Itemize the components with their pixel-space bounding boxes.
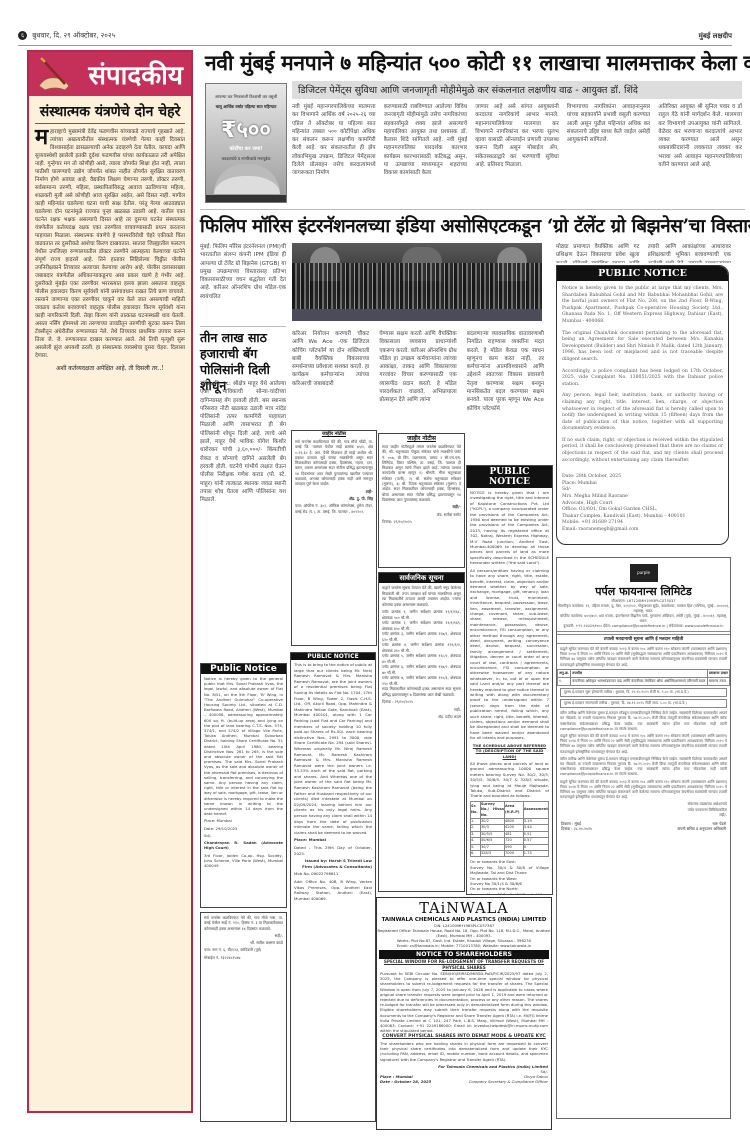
notice-title: जाहीर नोटीस: [379, 434, 464, 442]
table-cell: 328/3: [480, 851, 504, 857]
table-header: Sr. No.: [471, 801, 481, 818]
boundary-line: Survey No. 30/1 & 34/7 of Village Majiwa…: [470, 892, 549, 895]
second-left-text: मुंबई: फिलिप मॉरिस इंटरनॅशनल (PMI)ची भार…: [200, 243, 286, 323]
notice-text: सदर जाहीर नोटीसद्वारे तमाम जनतेस कळविण्य…: [382, 444, 461, 502]
signoff-company: संचालक मंडळाच्या आदेशान्वये पर्पल फायनान…: [557, 801, 730, 819]
third-text: नांदेड, दि. २८: श्रीक्षेत्र माहूर येथे आ…: [200, 380, 286, 623]
editorial-body: म हाराष्ट्राचे मुख्यमंत्री देवेंद्र फडणव…: [29, 124, 191, 364]
public-notice-ramavat: PUBLIC NOTICE This is to bring to the no…: [290, 652, 376, 1122]
poster-line4: करदात्यांचे व नागरिकांचे मनःपूर्वक: [206, 154, 286, 164]
lead-col-1: नवी मुंबई महानगरपालिकेच्या मालमत्ता कर व…: [292, 103, 376, 203]
notice-text: याद्वारे जनतेस सूचना देण्यात येते की, खा…: [382, 585, 461, 607]
notice-name: श्री. सतीश लक्ष्मण काळे: [204, 940, 283, 945]
notice-text-2: All persons/entities having or claiming …: [470, 568, 549, 741]
list-item: प्लॉट क्रमांक १, जमीन सर्वेक्षण क्रमांक …: [382, 609, 461, 620]
notice-date: दिनांक : २८.१०.२०२५: [561, 826, 592, 831]
convert-body: The shareholders who are holding shares …: [377, 1040, 551, 1063]
sarvajanik-suchana: सार्वजनिक सूचना याद्वारे जनतेस सूचना देण…: [378, 572, 465, 892]
notice-footer: ठिकाण : मुंबई दिनांक : २८.१०.२०२५ चारु प…: [557, 819, 730, 833]
notice-sd: Sd/-: [204, 833, 283, 838]
notice-body: Notice is hereby given to the public at …: [557, 281, 728, 474]
notice-body-4: वरील तारीख आणि वेळेनंतर दूरस्थ ई-मतदान म…: [557, 756, 730, 779]
notice-place: Place: Mumbai: [294, 837, 372, 843]
public-notice-kapstone: PUBLIC NOTICE NOTICE is hereby given tha…: [466, 465, 553, 895]
lead-col-2: करण्यासाठी राबविण्यात आलेल्या विविध जनजा…: [384, 103, 468, 203]
second-col-2: घेण्यास सक्षम करतो आणि वैयक्तिक विकासाला…: [379, 330, 456, 430]
notice-body-3: याद्वारे सूचित करण्यात येते की कंपनी काय…: [557, 733, 730, 756]
notice-body: सदर जाहीर नोटीसद्वारे तमाम जनतेस कळविण्य…: [379, 442, 464, 528]
second-story-body: करिअर नियोजन करणारी चौकट आणि We Ace -एक …: [292, 330, 544, 430]
property-list: प्लॉट क्रमांक १, जमीन सर्वेक्षण क्रमांक …: [382, 609, 461, 686]
tainwala-notice: TAiNWALA TAINWALA CHEMICALS AND PLASTICS…: [376, 897, 552, 1130]
notice-mobile: मोबाईल नं. ९३२२४८१५४७: [204, 955, 283, 960]
notice-date: Date : October 28, 2025: [380, 1079, 431, 1084]
notice-name: Mrs. Megha Milind Raorane: [562, 494, 723, 501]
group-photo: [292, 243, 542, 321]
company-name: पर्पल फायनान्स लिमिटेड: [557, 584, 730, 599]
contact-info: दूरध्वनी: +९१-२२६६२६१४०० ईमेल: complianc…: [557, 624, 730, 632]
poster-top-text: आपल्या कर भिजलाशी विश्वासी कर वसुली: [206, 92, 286, 102]
schedule-title: THE SCHEDULE ABOVE REFERRED TO (DESCRIPT…: [470, 743, 549, 759]
notice-body-5: याद्वारे सूचित करण्यात येते की कंपनी काय…: [557, 779, 730, 802]
notice-sd: सही/-: [204, 933, 283, 938]
masthead: ६ बुधवार, दि. २९ ऑक्टोबर, २०२५ मुंबई लक्…: [18, 30, 732, 46]
editorial-column: संपादकीय संस्थात्मक यंत्रणेचे दोन चेहरे …: [27, 50, 193, 1113]
page-number-badge: ६: [18, 31, 27, 40]
table-cell: 6.: [471, 851, 481, 857]
notice-footer: For Tainwala Chemicals and Plastics (Ind…: [377, 1063, 551, 1085]
notice-address: पत्ता: रूम नं. ६, बी/१२३, कांदिवली (पूर्…: [204, 947, 283, 952]
notice-body: सर्व जनतेस कळविण्यात येते की, गाव मौजे च…: [292, 437, 376, 518]
resolution-table: अनु.क्र.तपशीलठरावाचा प्रकार १.कंपनीच्या …: [557, 669, 730, 686]
survey-table: Sr. No.Survey No./ Hissa No.Area (H.R.P)…: [470, 801, 549, 858]
notice-para: Any person, legal heir, institution, ban…: [562, 393, 723, 433]
editorial-label: संपादकीय: [88, 56, 183, 92]
notice-body: NOTICE is hereby given that I am investi…: [467, 488, 552, 895]
section-divider: [200, 209, 745, 210]
table-cell: 7000: [504, 851, 523, 857]
editorial-closing-text: अशी कर्तव्यदक्षता अपेक्षित आहे. ती दिसली…: [56, 365, 164, 372]
notice-para: If no such claim, right, or objection is…: [562, 438, 723, 464]
boundary-line: Survey No. 30/4 & 30/8 of Village Majiwa…: [470, 865, 549, 876]
editorial-text: हाराष्ट्राचे मुख्यमंत्री देवेंद्र फडणवीस…: [35, 129, 185, 359]
signoff-sd: सही/-: [560, 813, 727, 818]
notice-address: 3rd Floor, Jaiden Co-op. Hsg. Society, J…: [204, 853, 283, 869]
section-title: टपाली मतदानाची सूचना आणि ई मतदान माहिती: [557, 634, 730, 644]
table-cell: १.: [558, 677, 571, 685]
notice-date: Date: 28th October, 2025: [562, 474, 723, 481]
issue-date: बुधवार, दि. २९ ऑक्टोबर, २०२५: [32, 32, 115, 40]
registered-office: Registered Office: Tainwala House, Road …: [377, 928, 551, 938]
lead-subheadline: डिजिटल पेमेंट्स सुविधा आणि जनजागृती मोही…: [292, 81, 742, 99]
second-col-4: मोठ्या प्रमाणात वैयक्तिक आणि गट प्रशिक्ष…: [556, 243, 640, 263]
notice-body: याद्वारे सूचित करण्यात येते की कंपनी काय…: [557, 646, 730, 669]
list-item: प्लॉट क्रमांक ४, जमीन सर्वेक्षण क्रमांक …: [382, 642, 461, 653]
section-name: मुंबई लक्षदीप: [699, 32, 732, 41]
notice-sd: सही-: [382, 707, 461, 713]
notice-text: Notice is hereby given to the general pu…: [204, 676, 283, 816]
notice-title: NOTICE TO SHAREHOLDERS: [379, 950, 549, 959]
schedule-body: All those pieces and parcels of land or …: [470, 761, 549, 799]
pen-in-hand-icon: [35, 56, 79, 92]
lead-col-4: विभागाच्या नागरिकांना आवाहनानुसार यांच्य…: [567, 103, 651, 203]
table-header: Survey No./ Hissa No.: [480, 801, 504, 818]
photo-floor: [292, 309, 542, 321]
notice-mobile: Mob No. 09022798611: [294, 871, 372, 877]
signatory-designation: कंपनी सचिव व अनुपालन अधिकारी: [677, 826, 726, 831]
table-cell: कंपनीच्या अधिकृत भागभांडवलात वाढ आणि कंप…: [571, 677, 708, 685]
notice-text: NOTICE is hereby given that I am investi…: [470, 490, 549, 566]
evoting-start: दूरस्थ ई-मतदान सुरू होण्याची तारीख : बुध…: [560, 688, 727, 697]
evoting-end: दूरस्थ ई-मतदान संपण्याची तारीख : गुरुवार…: [560, 699, 727, 708]
editorial-header: संपादकीय: [29, 52, 191, 96]
purple-finance-notice: purple पर्पल फायनान्स लिमिटेड सीआयएन: L6…: [556, 557, 731, 1119]
poster-amount: ₹५००: [206, 114, 286, 144]
table-row: 6.328/370001.75: [471, 851, 549, 857]
third-story-divider: [200, 326, 286, 327]
notice-date: Date: 29/10/2025: [204, 826, 283, 831]
poster-line2: चालू आर्थिक वर्षात पहिल्या सात महिन्यात: [206, 102, 286, 112]
convert-title: CONVERT PHYSICAL SHARES INTO DEMAT MODE …: [377, 1034, 551, 1040]
tainwala-logo: TAiNWALA: [377, 901, 551, 917]
notice-body: याद्वारे जनतेस सूचना देण्यात येते की, खा…: [379, 583, 464, 724]
jahir-notice-1: जाहीर नोटीस सर्व जनतेस कळविण्यात येते की…: [291, 430, 377, 646]
notice-title: Public Notice: [201, 664, 286, 674]
list-item: प्लॉट क्रमांक ६, जमीन सर्वेक्षण क्रमांक …: [382, 664, 461, 675]
notice-address: Add: Office No. 40B, B Wing, Vertex Vika…: [294, 879, 372, 901]
special-window-title: SPECIAL WINDOW FOR RE-LODGEMENT OF TRANS…: [377, 959, 551, 970]
editorial-closing: अशी कर्तव्यदक्षता अपेक्षित आहे. ती दिसली…: [29, 364, 191, 372]
notice-date: दिनांक: २९/१०/२०२५: [382, 519, 461, 524]
lead-story-body: नवी मुंबई महानगरपालिकेच्या मालमत्ता कर व…: [292, 103, 742, 203]
second-left-column: मुंबई: फिलिप मॉरिस इंटरनॅशनल (PMI)ची भार…: [200, 243, 286, 323]
masthead-left: ६ बुधवार, दि. २९ ऑक्टोबर, २०२५: [18, 31, 115, 41]
notice-sd: सही-: [295, 489, 373, 494]
second-col-1: करिअर नियोजन करणारी चौकट आणि We Ace -एक …: [292, 330, 369, 430]
table-header: Assessment: [523, 801, 548, 818]
lead-col-3: जाणार आहे असे सांगत आयुक्तांनी करदात्या …: [475, 103, 559, 203]
jahir-notice-3: सर्व जनतेस कळविण्यात येते की, गाव मौजे ग…: [200, 912, 287, 1122]
notice-sd: सही/-: [382, 504, 461, 509]
table-header: Area (H.R.P): [504, 801, 523, 818]
third-story-body: नांदेड, दि. २८: श्रीक्षेत्र माहूर येथे आ…: [200, 380, 286, 623]
notice-text: सर्व जनतेस कळविण्यात येते की, गाव मौजे ग…: [204, 915, 283, 931]
notice-para: Accordingly, a police complaint has been…: [562, 369, 723, 389]
contact-info: Email: cs@tainwala.in; Mobile: 771001378…: [377, 943, 551, 948]
table-header: ठरावाचा प्रकार: [707, 669, 729, 677]
notice-date: दिनांक : २९/१०/२०२५: [382, 699, 461, 705]
poster-line3: कोटींचा कर जमा!: [206, 144, 286, 154]
table-cell: 1.75: [523, 851, 548, 857]
notice-text: सर्व जनतेस कळविण्यात येते की, गाव मौजे च…: [295, 439, 373, 487]
notice-address: पत्ता: ऑफीस नं. ३०२, ऑफिस कॉम्प्लेक्स, ह…: [295, 503, 373, 514]
notice-title: सार्वजनिक सूचना: [379, 573, 464, 583]
notice-footer: सदर मिळकतींवर कोणाचाही हक्क असल्यास सदर …: [382, 686, 461, 697]
notice-body: Pursuant to SEBI Circular No. SEBI/HO/MI…: [377, 970, 551, 1034]
notice-office: Office: O1/601, Om Gokul Garden CHSL,: [562, 507, 723, 514]
tax-collection-poster: आपल्या कर भिजलाशी विश्वासी कर वसुली चालू…: [205, 83, 287, 203]
jahir-notice-2: जाहीर नोटीस सदर जाहीर नोटीसद्वारे तमाम ज…: [378, 433, 465, 568]
signatory-designation: Company Secretary & Compliance Officer: [469, 1079, 548, 1084]
notice-para: The original Chain/link document pertain…: [562, 331, 723, 364]
purple-logo: purple: [630, 564, 658, 582]
notice-name: ॲड. दु. पी. सिंह: [295, 496, 373, 501]
notice-signature: Date: 28th October, 2025 Place: Mumbai S…: [557, 474, 728, 533]
editorial-headline: संस्थात्मक यंत्रणेचे दोन चेहरे: [35, 96, 185, 124]
notice-title: PUBLIC NOTICE: [291, 653, 375, 660]
notice-place: Place: Mumbai: [204, 818, 283, 823]
notice-name: ॲड. सतीश बारोट: [382, 512, 461, 517]
second-col-5: तयारी आणि आकांक्षांच्या आधारावर प्रशिक्ष…: [648, 243, 732, 263]
second-col-3: बदलणाऱ्या व्यावसायिक वातावरणाशी निगडित र…: [467, 330, 544, 430]
editorial-dropcap: म: [35, 128, 48, 146]
notice-place: Place: Mumbai: [562, 481, 723, 488]
boundaries: On or towards the East:Survey No. 30/4 &…: [470, 859, 549, 895]
notice-body: Notice is hereby given to the general pu…: [201, 674, 286, 872]
notice-body: सर्व जनतेस कळविण्यात येते की, गाव मौजे ग…: [201, 913, 286, 964]
poster-footer-bar: [206, 195, 286, 202]
list-item: प्लॉट क्रमांक ३, जमीन सर्वेक्षण क्रमांक …: [382, 631, 461, 642]
notice-dated: Dated - This 29th Day of October, 2025.: [294, 845, 372, 856]
photo-crowd: [292, 263, 542, 311]
notice-issuer: Issued by: Harsh S Trivedi Law Firm (Adv…: [294, 858, 372, 869]
notice-title: PUBLIC NOTICE: [467, 466, 552, 488]
lead-col-5: अतिरिक्त आयुक्त श्री सुनिल पवार व डॉ राह…: [658, 103, 742, 203]
list-item: प्लॉट क्रमांक २, जमीन सर्वेक्षण क्रमांक …: [382, 620, 461, 631]
notice-mobile: Mobile: +91 81689 27194: [562, 520, 723, 527]
list-item: प्लॉट क्रमांक ७, जमीन सर्वेक्षण क्रमांक …: [382, 675, 461, 686]
corporate-office: कॉर्पोरेट कार्यालय: ७०१/७०२, ७वा मजला, इ…: [557, 614, 730, 624]
lead-headline: नवी मुंबई मनपाने ७ महिन्यांत ५०० कोटी ११…: [205, 49, 745, 77]
notice-para: Notice is hereby given to the public at …: [562, 286, 723, 326]
public-notice-vyas: Public Notice Notice is hereby given to …: [200, 663, 287, 908]
notice-title: PUBLIC NOTICE: [557, 266, 728, 281]
public-notice-gohil: PUBLIC NOTICE Notice is hereby given to …: [556, 265, 729, 545]
notice-email: Email: raoranemegh@gmail.com: [562, 527, 723, 534]
notice-body-2: वरील तारीख आणि वेळेनंतर दूरस्थ ई-मतदान म…: [557, 710, 730, 733]
table-row: १.कंपनीच्या अधिकृत भागभांडवलात वाढ आणि क…: [558, 677, 730, 685]
second-headline: फिलिप मॉरिस इंटरनॅशनलच्या इंडिया असोसिएट…: [200, 213, 745, 238]
table-header: अनु.क्र.: [558, 669, 571, 677]
second-story-right: मोठ्या प्रमाणात वैयक्तिक आणि गट प्रशिक्ष…: [556, 243, 731, 263]
notice-text: This is to bring to the notice of public…: [294, 662, 372, 835]
table-cell: सामान्य ठराव: [707, 677, 729, 685]
notice-name: ॲड. प्रदीप कदम: [382, 714, 461, 720]
newspaper-page: ६ बुधवार, दि. २९ ऑक्टोबर, २०२५ मुंबई लक्…: [0, 0, 750, 1148]
table-header: तपशील: [571, 669, 708, 677]
registered-office: नोंदणीकृत कार्यालय: ११, पहिला मजला, ग्रु…: [557, 604, 730, 614]
notice-name: Chandrayan R. Sadan (Advocate High Court…: [204, 840, 283, 850]
list-item: प्लॉट क्रमांक ५, जमीन सर्वेक्षण क्रमांक …: [382, 653, 461, 664]
notice-body: This is to bring to the notice of public…: [291, 660, 375, 905]
